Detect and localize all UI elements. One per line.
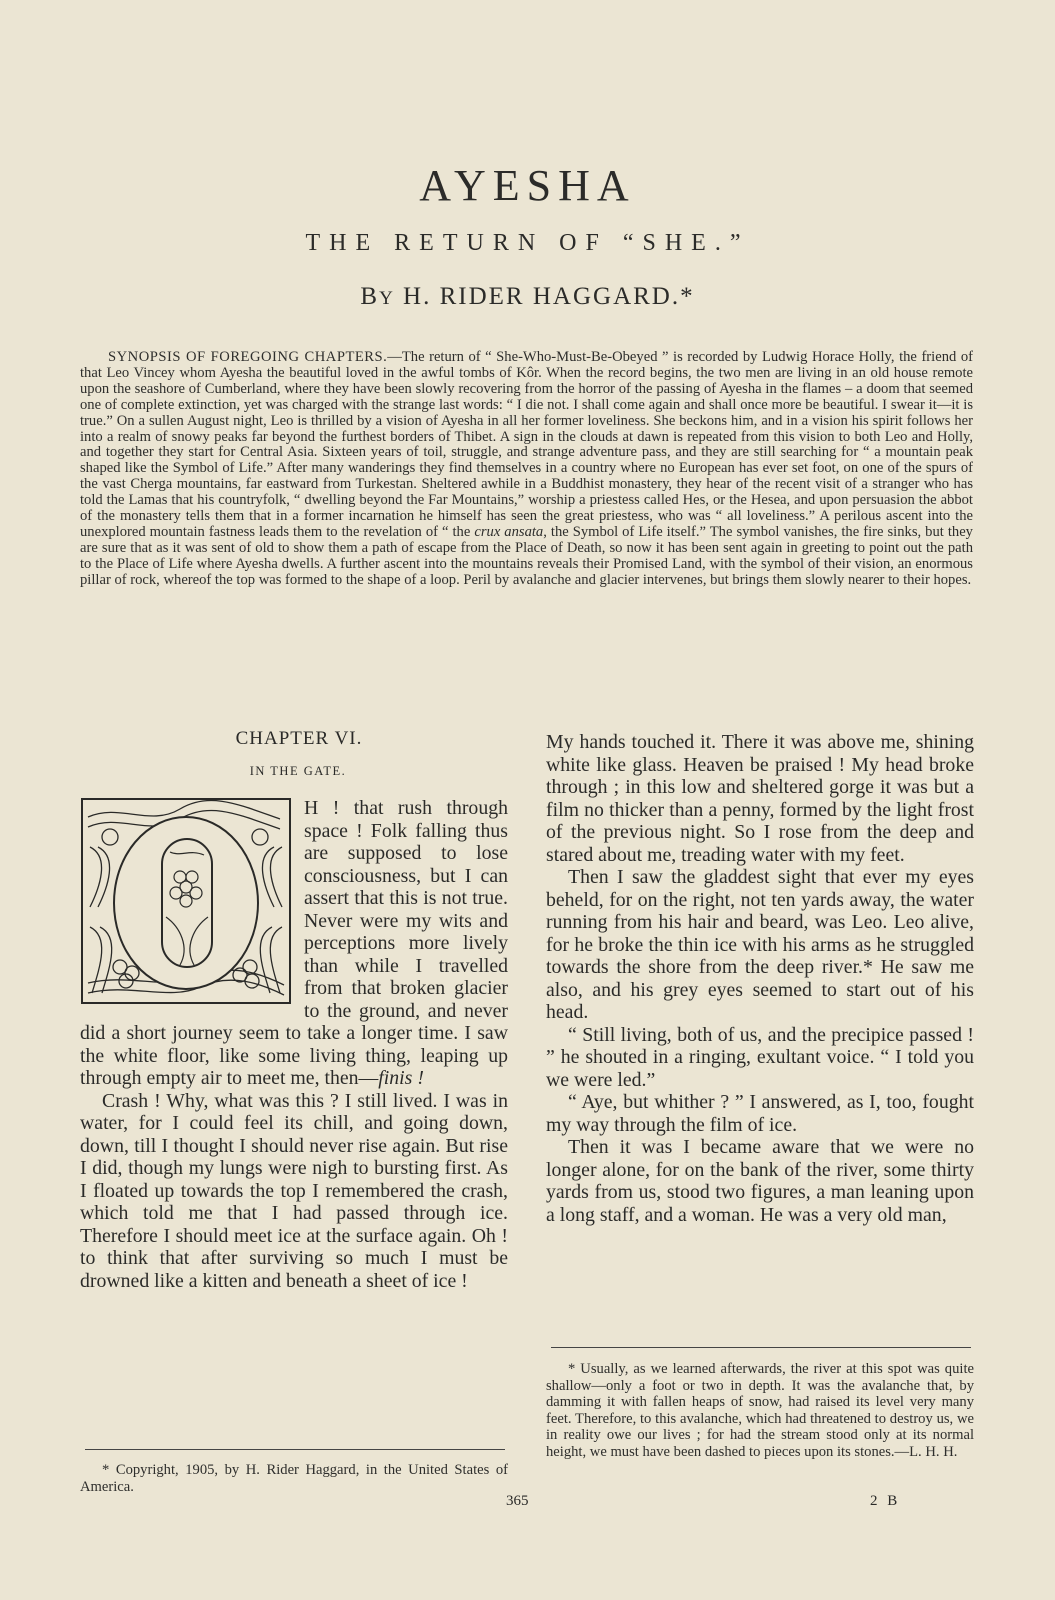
paragraph-1-italic: finis !	[378, 1067, 424, 1089]
paragraph-4: Then I saw the gladdest sight that ever …	[546, 866, 974, 1024]
byline-prefix-cap: B	[360, 283, 379, 310]
byline-prefix-rest: Y	[379, 288, 395, 309]
synopsis-lead: SYNOPSIS OF FOREGOING CHAPTERS.	[108, 349, 387, 365]
paragraph-5: “ Still living, both of us, and the prec…	[546, 1024, 974, 1092]
paragraph-6: “ Aye, but whither ? ” I answered, as I,…	[546, 1091, 974, 1136]
printer-signature-mark: 2 B	[870, 1493, 900, 1510]
synopsis-text-1: —The return of “ She-Who-Must-Be-Obeyed …	[80, 349, 973, 540]
chapter-body-right: My hands touched it. There it was above …	[546, 731, 974, 1226]
paragraph-7: Then it was I became aware that we were …	[546, 1136, 974, 1226]
chapter-body-left: H ! that rush through space ! Folk falli…	[80, 797, 508, 1292]
story-title: AYESHA	[0, 160, 1055, 211]
byline: BY H. RIDER HAGGARD.*	[0, 283, 1055, 311]
left-column: CHAPTER VI. IN THE GATE.	[80, 728, 508, 1292]
right-column: My hands touched it. There it was above …	[546, 731, 974, 1226]
chapter-subheading: IN THE GATE.	[80, 764, 508, 779]
chapter-heading: CHAPTER VI.	[80, 728, 508, 750]
magazine-page: AYESHA THE RETURN OF “SHE.” BY H. RIDER …	[0, 0, 1055, 1600]
ornamental-dropcap-o-icon	[80, 797, 292, 1005]
page-number: 365	[506, 1493, 529, 1510]
footnote-copyright: * Copyright, 1905, by H. Rider Haggard, …	[80, 1462, 508, 1495]
synopsis: SYNOPSIS OF FOREGOING CHAPTERS.—The retu…	[80, 350, 973, 589]
story-subtitle: THE RETURN OF “SHE.”	[0, 230, 1055, 257]
synopsis-italic: crux ansata	[474, 524, 543, 540]
footnote-river: * Usually, as we learned afterwards, the…	[546, 1361, 974, 1460]
footnote-divider-right	[551, 1347, 971, 1348]
paragraph-3: My hands touched it. There it was above …	[546, 731, 974, 866]
byline-author: H. RIDER HAGGARD.*	[395, 283, 695, 310]
paragraph-2: Crash ! Why, what was this ? I still liv…	[80, 1090, 508, 1293]
footnote-divider-left	[85, 1449, 505, 1450]
